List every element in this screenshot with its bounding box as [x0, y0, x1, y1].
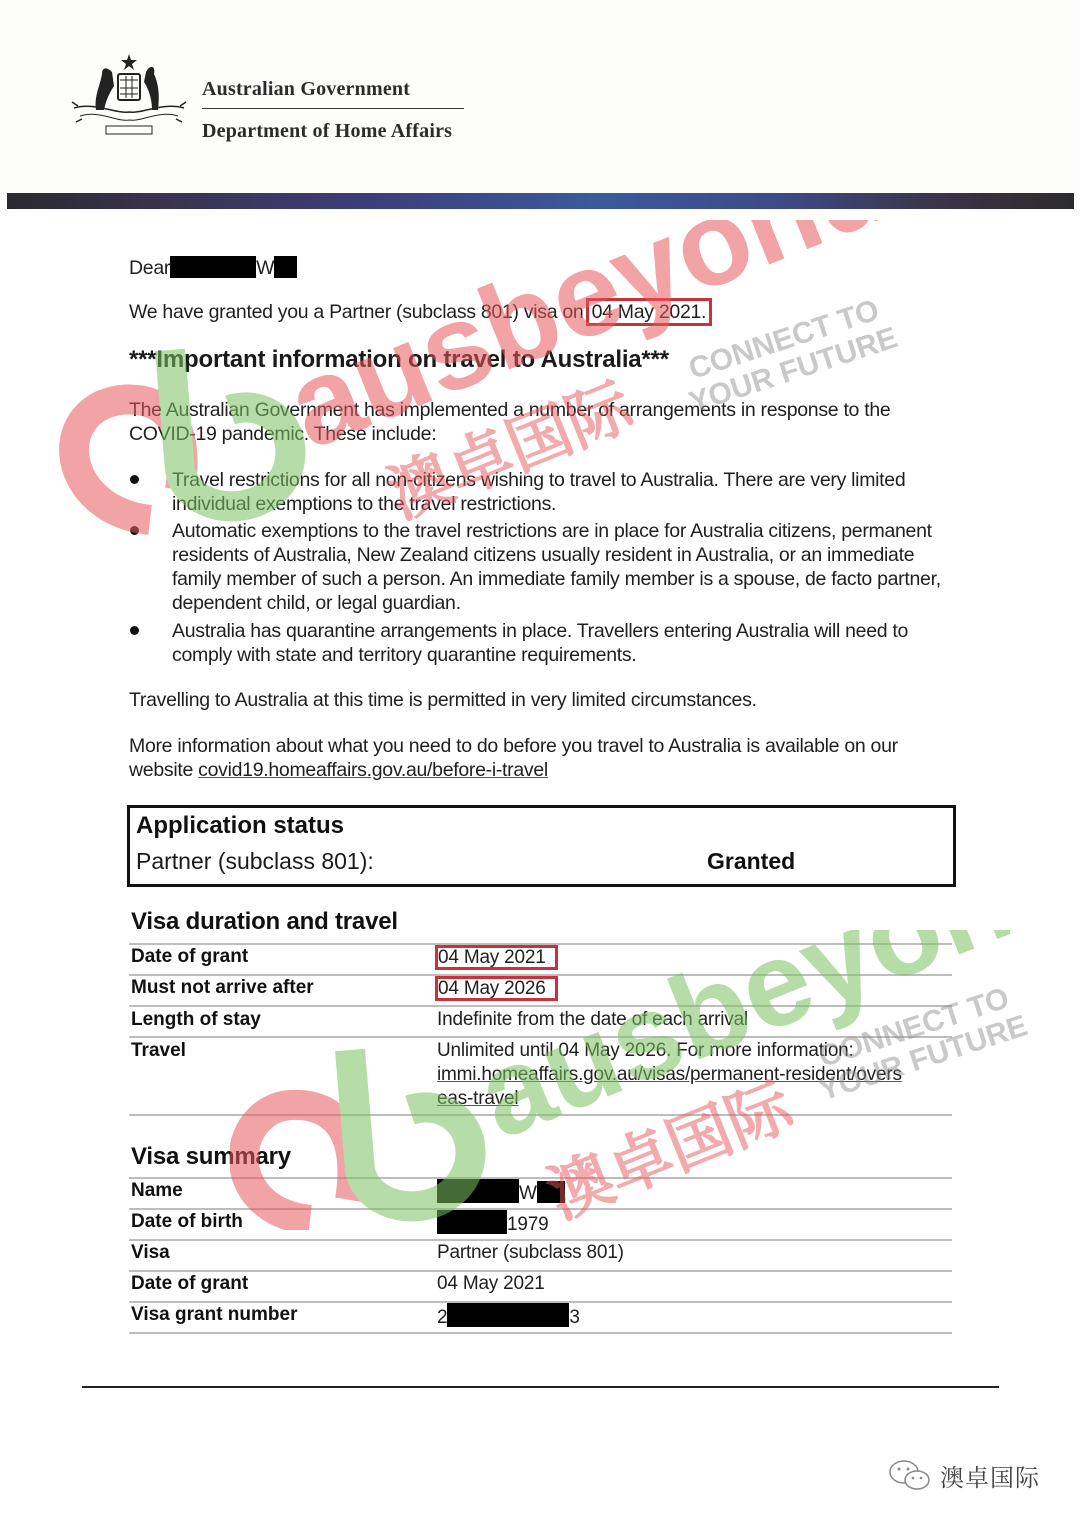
row-label-date-of-birth: Date of birth [131, 1211, 243, 1233]
header-band [7, 193, 1074, 209]
row-value-date-of-birth: 1979 [437, 1210, 548, 1237]
bullet-icon [130, 526, 139, 535]
header-divider [202, 108, 464, 109]
row-value-travel: Unlimited until 04 May 2026. For more in… [437, 1039, 907, 1111]
important-heading: ***Important information on travel to Au… [129, 346, 669, 374]
row-divider [129, 1036, 952, 1038]
covid-travel-link[interactable]: covid19.homeaffairs.gov.au/before-i-trav… [198, 759, 548, 781]
application-status-box: Application status Partner (subclass 801… [127, 805, 956, 887]
redacted-name [537, 1181, 565, 1203]
footer-divider [82, 1386, 999, 1388]
bullet-item: Travel restrictions for all non-citizens… [172, 468, 942, 516]
row-divider [129, 1114, 952, 1116]
coat-of-arms-icon [66, 52, 192, 144]
row-divider [129, 1332, 952, 1334]
grant-sentence: We have granted you a Partner (subclass … [129, 300, 709, 324]
row-value-length-of-stay: Indefinite from the date of each arrival [437, 1008, 748, 1032]
application-status-label: Partner (subclass 801): [136, 848, 374, 875]
redacted-name [170, 256, 256, 278]
row-divider [129, 943, 952, 945]
limited-circumstances-text: Travelling to Australia at this time is … [129, 688, 757, 712]
more-info-paragraph: More information about what you need to … [129, 734, 959, 782]
redacted-name [437, 1179, 519, 1203]
redacted-name [274, 256, 297, 278]
overseas-travel-link[interactable]: immi.homeaffairs.gov.au/visas/permanent-… [437, 1064, 902, 1109]
row-label-date-of-grant-summary: Date of grant [131, 1273, 248, 1295]
row-value-visa-grant-number: 23 [437, 1303, 580, 1330]
department-name: Department of Home Affairs [202, 120, 452, 143]
row-value-must-not-arrive-after: 04 May 2026 [437, 977, 556, 1001]
row-value-visa: Partner (subclass 801) [437, 1241, 624, 1265]
row-label-length-of-stay: Length of stay [131, 1009, 261, 1031]
grant-date-highlight: 04 May 2021. [589, 301, 710, 323]
row-label-travel: Travel [131, 1040, 186, 1062]
row-divider [129, 1005, 952, 1007]
intro-paragraph: The Australian Government has implemente… [129, 398, 959, 446]
row-label-date-of-grant: Date of grant [131, 946, 248, 968]
row-divider [129, 974, 952, 976]
application-status-title: Application status [136, 812, 344, 840]
row-label-visa: Visa [131, 1242, 170, 1264]
bullet-item: Australia has quarantine arrangements in… [172, 619, 952, 667]
row-label-visa-grant-number: Visa grant number [131, 1304, 297, 1326]
redacted-grant-number [447, 1303, 569, 1327]
row-value-name: W [437, 1179, 565, 1206]
row-label-must-not-arrive-after: Must not arrive after [131, 977, 314, 999]
wechat-account-name: 澳卓国际 [940, 1458, 1040, 1493]
wechat-icon [888, 1459, 932, 1493]
visa-duration-title: Visa duration and travel [131, 908, 398, 936]
redacted-birthdate [437, 1210, 507, 1234]
visa-summary-title: Visa summary [131, 1143, 291, 1171]
bullet-icon [130, 475, 139, 484]
letterhead: Australian Government Department of Home… [0, 0, 1080, 195]
status-badge: Granted [707, 848, 795, 875]
row-value-date-of-grant-summary: 04 May 2021 [437, 1272, 545, 1296]
government-name: Australian Government [202, 78, 410, 101]
bullet-item: Automatic exemptions to the travel restr… [172, 519, 942, 615]
wechat-account-badge: 澳卓国际 [888, 1458, 1040, 1493]
salutation: DearW [129, 256, 297, 280]
row-value-date-of-grant: 04 May 2021 [437, 946, 556, 970]
row-label-name: Name [131, 1180, 183, 1202]
bullet-icon [130, 626, 139, 635]
